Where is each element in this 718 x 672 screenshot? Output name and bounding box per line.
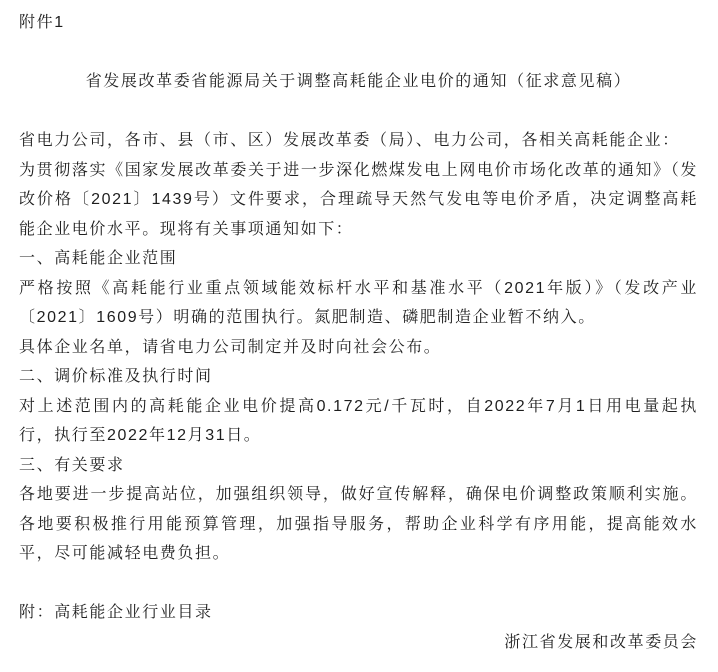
paragraph-intro: 为贯彻落实《国家发展改革委关于进一步深化燃煤发电上网电价市场化改革的通知》（发改… [19,156,698,245]
section-heading-1: 一、高耗能企业范围 [19,244,698,274]
document-title: 省发展改革委省能源局关于调整高耗能企业电价的通知（征求意见稿） [19,67,698,97]
appendix-note: 附：高耗能企业行业目录 [19,598,698,628]
attachment-label: 附件1 [19,8,698,38]
section-heading-3: 三、有关要求 [19,451,698,481]
paragraph-enterprise-list: 具体企业名单，请省电力公司制定并及时向社会公布。 [19,333,698,363]
signature-issuer: 浙江省发展和改革委员会 [19,628,698,658]
paragraph-requirements: 各地要进一步提高站位，加强组织领导，做好宣传解释，确保电价调整政策顺利实施。各地… [19,480,698,569]
paragraph-price-adjustment: 对上述范围内的高耗能企业电价提高0.172元/千瓦时，自2022年7月1日用电量… [19,392,698,451]
section-heading-2: 二、调价标准及执行时间 [19,362,698,392]
document-body: 省电力公司，各市、县（市、区）发展改革委（局）、电力公司，各相关高耗能企业： 为… [19,126,698,569]
paragraph-scope: 严格按照《高耗能行业重点领域能效标杆水平和基准水平（2021年版）》（发改产业〔… [19,274,698,333]
paragraph-salutation: 省电力公司，各市、县（市、区）发展改革委（局）、电力公司，各相关高耗能企业： [19,126,698,156]
document-page: 附件1 省发展改革委省能源局关于调整高耗能企业电价的通知（征求意见稿） 省电力公… [0,0,718,672]
